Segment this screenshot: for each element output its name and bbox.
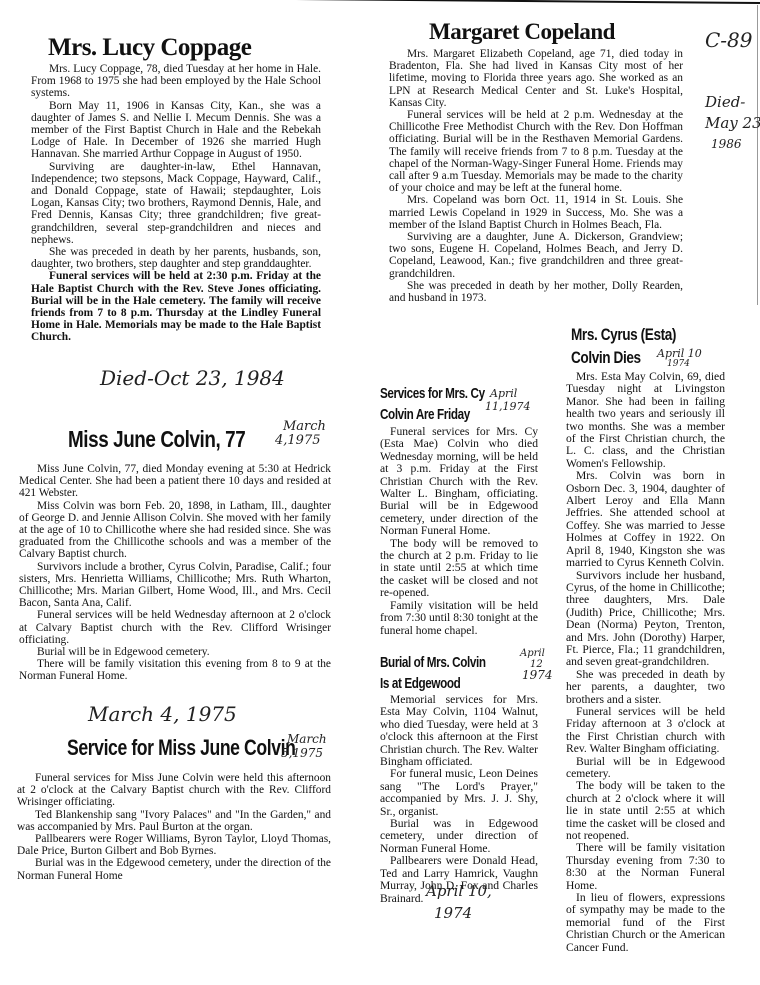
paragraph: Surviving are daughter-in-law, Ethel Han… [31,161,321,246]
paragraph: Funeral services will be held Friday aft… [566,706,725,756]
handwritten-note-coppage: Died-Oct 23, 1984 [100,366,285,390]
handwritten-code-copeland: C-89 [705,28,753,52]
paragraph: Funeral services will be held at 2 p.m. … [389,109,683,194]
paragraph: Burial will be in Edgewood cemetery. [19,646,331,658]
headline-june-colvin: Miss June Colvin, 77 [68,427,245,452]
headline-copeland: Margaret Copeland [429,20,683,43]
paragraph: Mrs. Lucy Coppage, 78, died Tuesday at h… [31,63,321,100]
top-rule [290,0,760,4]
paragraph: Memorial services for Mrs. Esta May Colv… [380,694,538,768]
paragraph: Mrs. Copeland was born Oct. 11, 1914 in … [389,194,683,231]
article-body-june-service: Funeral services for Miss June Colvin we… [17,772,331,882]
column-edge-line [757,5,758,305]
handwritten-date-burial: April 12 1974 [520,648,553,681]
paragraph: There will be family visitation this eve… [19,658,331,682]
paragraph: Burial was in the Edgewood cemetery, und… [17,857,331,881]
paragraph: The body will be removed to the church a… [380,538,538,600]
paragraph: Burial was in Edgewood cemetery, under d… [380,818,538,855]
handwritten-date-june-colvin: March 4,1975 [283,420,326,448]
paragraph: Surviving are a daughter, June A. Dicker… [389,231,683,280]
paragraph: Mrs. Colvin was born in Osborn Dec. 3, 1… [566,470,725,569]
handwritten-note-burial: April 10, 1974 [426,880,492,924]
paragraph: She was preceded in death by her mother,… [389,280,683,304]
headline-burial: Burial of Mrs. Colvin Is at Edgewood [380,652,486,694]
headline-cy-services: Services for Mrs. Cy Colvin Are Friday [380,383,485,425]
article-body-cy-services: Funeral services for Mrs. Cy (Esta Mae) … [380,426,538,637]
paragraph: Burial will be in Edgewood cemetery. [566,756,725,781]
paragraph: For funeral music, Leon Deines sang "The… [380,768,538,818]
article-body-june-colvin: Miss June Colvin, 77, died Monday evenin… [19,463,331,683]
paragraph: She was preceded in death by her parents… [31,246,321,270]
paragraph: Miss Colvin was born Feb. 20, 1898, in L… [19,500,331,561]
headline-june-service: Service for Miss June Colvin [67,736,295,760]
article-body-esta: Mrs. Esta May Colvin, 69, died Tuesday n… [566,371,725,954]
paragraph: Funeral services will be held Wednesday … [19,609,331,646]
handwritten-note-copeland: Died- May 23 1986 [705,92,760,155]
article-body-burial: Memorial services for Mrs. Esta May Colv… [380,694,538,905]
handwritten-date-june-service: March 5,1975 [287,732,327,760]
paragraph: Miss June Colvin, 77, died Monday evenin… [19,463,331,500]
paragraph: In lieu of flowers, expressions of sympa… [566,892,725,954]
paragraph: Funeral services for Mrs. Cy (Esta Mae) … [380,426,538,538]
article-body-copeland: Mrs. Margaret Elizabeth Copeland, age 71… [389,48,683,304]
paragraph: There will be family visitation Thursday… [566,842,725,892]
paragraph: Mrs. Esta May Colvin, 69, died Tuesday n… [566,371,725,470]
paragraph: Funeral services for Miss June Colvin we… [17,772,331,809]
article-body-coppage: Mrs. Lucy Coppage, 78, died Tuesday at h… [31,63,321,344]
paragraph: Mrs. Margaret Elizabeth Copeland, age 71… [389,48,683,109]
paragraph: Born May 11, 1906 in Kansas City, Kan., … [31,100,321,161]
paragraph: Ted Blankenship sang "Ivory Palaces" and… [17,809,331,833]
paragraph: Pallbearers were Roger Williams, Byron T… [17,833,331,857]
headline-coppage: Mrs. Lucy Coppage [48,35,321,60]
paragraph: The body will be taken to the church at … [566,780,725,842]
handwritten-date-esta: April 10 1974 [657,348,702,370]
handwritten-date-cy-services: April 11,1974 [485,387,531,413]
paragraph: Family visitation will be held from 7:30… [380,600,538,637]
paragraph: Survivors include her husband, Cyrus, of… [566,570,725,669]
paragraph: Survivors include a brother, Cyrus Colvi… [19,561,331,610]
paragraph: She was preceded in death by her parents… [566,669,725,706]
paragraph: Funeral services will be held at 2:30 p.… [31,270,321,343]
obituary-coppage: Mrs. Lucy Coppage Mrs. Lucy Coppage, 78,… [31,35,321,344]
obituary-copeland: Margaret Copeland Mrs. Margaret Elizabet… [389,20,683,304]
handwritten-note-june-colvin: March 4, 1975 [88,702,237,726]
